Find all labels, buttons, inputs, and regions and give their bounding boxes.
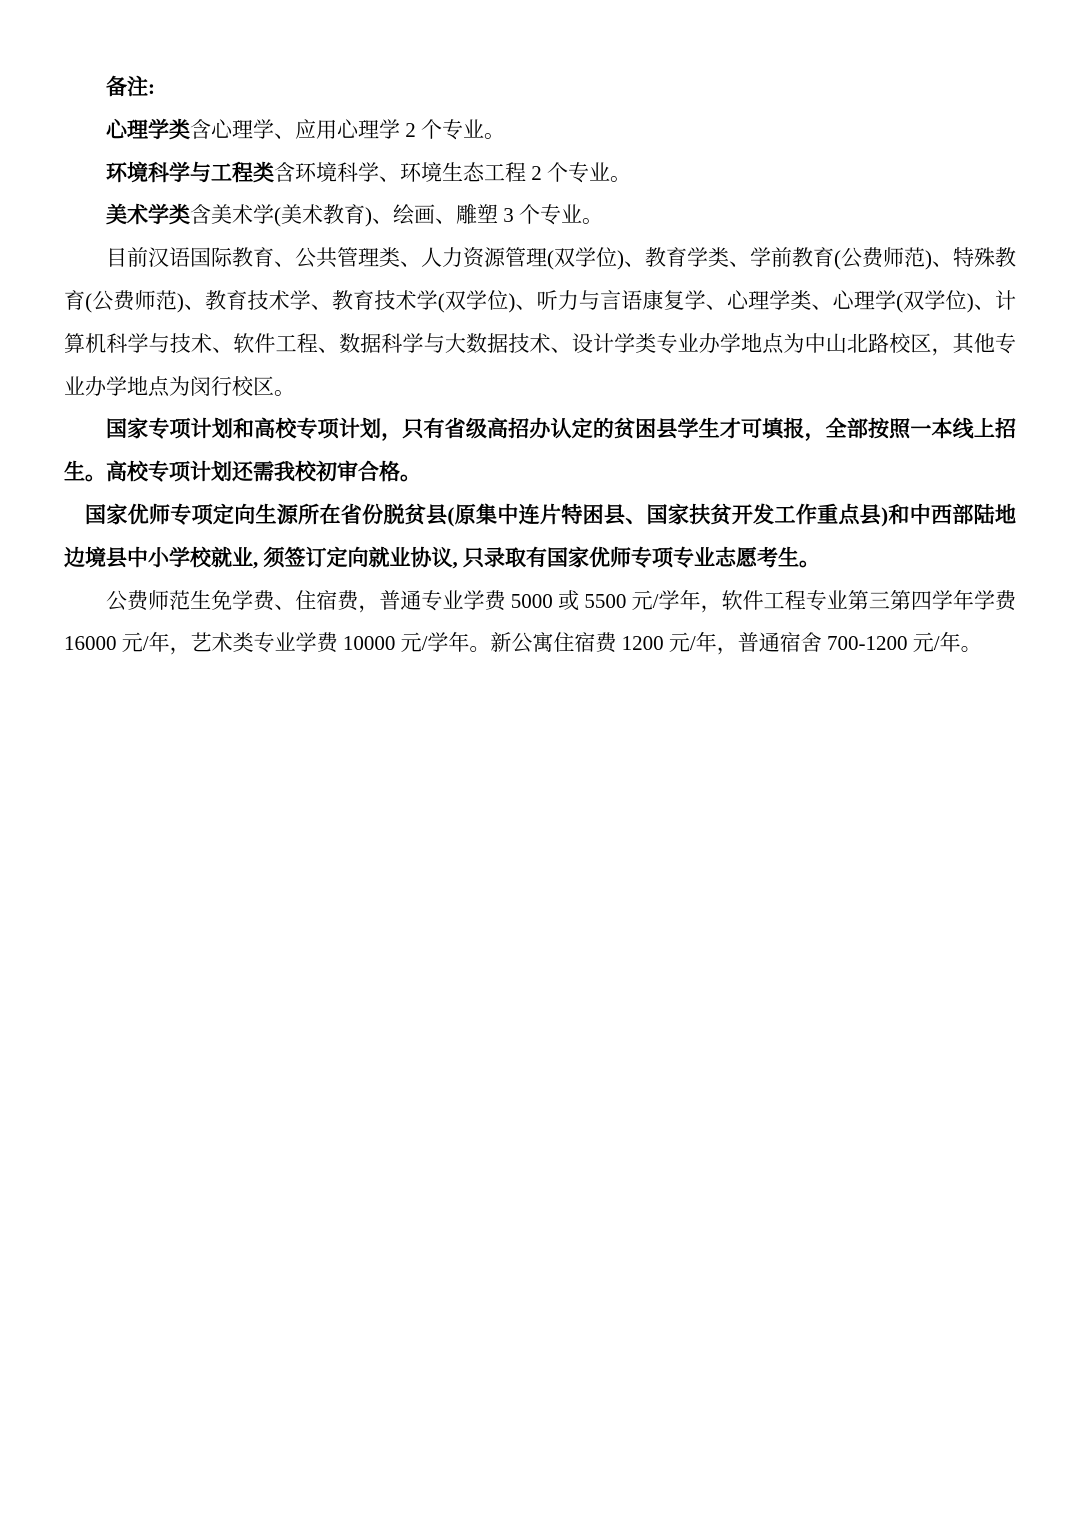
- note-item-environment-text: 含环境科学、环境生态工程 2 个专业。: [274, 161, 631, 185]
- notes-heading-label: 备注:: [106, 75, 155, 99]
- note-item-psychology-lead: 心理学类: [106, 118, 190, 142]
- document-page: 备注: 心理学类含心理学、应用心理学 2 个专业。 环境科学与工程类含环境科学、…: [0, 0, 1080, 1527]
- note-item-fine-arts-lead: 美术学类: [106, 203, 190, 227]
- paragraph-tuition-fees: 公费师范生免学费、住宿费，普通专业学费 5000 或 5500 元/学年，软件工…: [64, 580, 1016, 666]
- notes-heading: 备注:: [64, 66, 1016, 109]
- paragraph-campus-locations: 目前汉语国际教育、公共管理类、人力资源管理(双学位)、教育学类、学前教育(公费师…: [64, 237, 1016, 408]
- document-content: 备注: 心理学类含心理学、应用心理学 2 个专业。 环境科学与工程类含环境科学、…: [0, 0, 1080, 665]
- note-item-fine-arts: 美术学类含美术学(美术教育)、绘画、雕塑 3 个专业。: [64, 194, 1016, 237]
- note-item-environment-lead: 环境科学与工程类: [106, 161, 274, 185]
- note-item-fine-arts-text: 含美术学(美术教育)、绘画、雕塑 3 个专业。: [190, 203, 603, 227]
- note-item-environment: 环境科学与工程类含环境科学、环境生态工程 2 个专业。: [64, 152, 1016, 195]
- note-item-psychology-text: 含心理学、应用心理学 2 个专业。: [190, 118, 505, 142]
- paragraph-special-plans: 国家专项计划和高校专项计划，只有省级高招办认定的贫困县学生才可填报，全部按照一本…: [64, 408, 1016, 494]
- note-item-psychology: 心理学类含心理学、应用心理学 2 个专业。: [64, 109, 1016, 152]
- paragraph-youshi-plan: 国家优师专项定向生源所在省份脱贫县(原集中连片特困县、国家扶贫开发工作重点县)和…: [64, 494, 1016, 580]
